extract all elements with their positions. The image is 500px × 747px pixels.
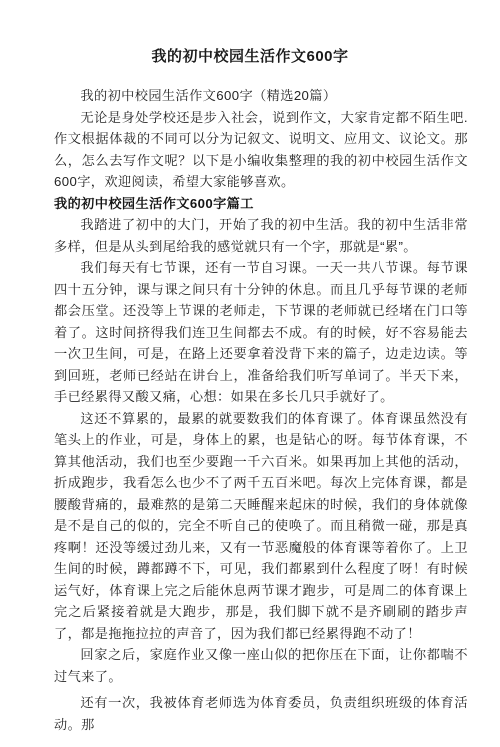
document-page: 我的初中校园生活作文600字 我的初中校园生活作文600字（精选20篇）无论是身… [0,0,500,747]
paragraph: 回家之后，家庭作业又像一座山似的把你压在下面，让你都喘不 过气来了。 [54,644,468,687]
document-body: 我的初中校园生活作文600字（精选20篇）无论是身处学校还是步入社会，说到作文，… [54,85,468,735]
paragraph: 还有一次，我被体育老师选为体育委员，负责组织班级的体育活 动。那 [54,692,468,735]
paragraph: 我的初中校园生活作文600字（精选20篇） [54,85,468,107]
paragraph: 我们每天有七节课，还有一节自习课。一天一共八节课。每节课 四十五分钟，课与课之间… [54,257,468,408]
paragraph: 我踏进了初中的大门，开始了我的初中生活。我的初中生活非常 多样，但是从头到尾给我… [54,214,468,257]
document-title: 我的初中校园生活作文600字 [32,46,468,67]
paragraph: 无论是身处学校还是步入社会，说到作文，大家肯定都不陌生吧. 作文根据体裁的不同可… [54,107,468,193]
section-heading: 我的初中校园生活作文600字篇工 [54,193,468,215]
paragraph: 这还不算累的，最累的就要数我们的体育课了。体育课虽然没有 笔头上的作业，可是，身… [54,408,468,645]
